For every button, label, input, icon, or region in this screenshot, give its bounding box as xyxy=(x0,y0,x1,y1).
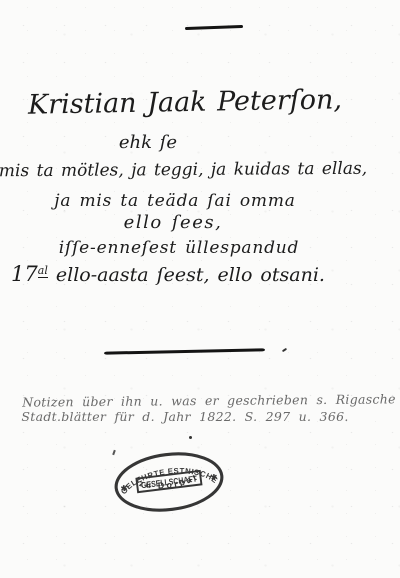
annotation-line: Notizen über ihn u. was er geschrieben s… xyxy=(9,391,400,409)
stamp-right-star: ✱ xyxy=(210,472,218,482)
final-line-text: ello-aasta ſeest, ello otsani. xyxy=(56,264,325,286)
annotation-line: Stadt.blätter für d. Jahr 1822. S. 297 u… xyxy=(0,409,385,424)
ink-speck xyxy=(189,436,192,439)
ink-speck xyxy=(112,450,116,455)
manuscript-line: ello ſees, xyxy=(0,212,373,233)
horizontal-rule xyxy=(104,348,265,354)
manuscript-line: iſſe-enneſest üllespandud xyxy=(0,238,379,258)
manuscript-line: mis ta mötles, ja teggi, ja kuidas ta el… xyxy=(0,159,383,182)
manuscript-title: Kristian Jaak Peterſon, xyxy=(0,84,385,122)
library-stamp-graphic: GELEHRTE ESTNISCHE GESELLSCHAFT zu Dorpa… xyxy=(108,444,231,520)
ordinal-superscript: al xyxy=(38,264,48,278)
manuscript-line: ja mis ta teäda ſai omma xyxy=(0,191,375,211)
ink-speck xyxy=(282,348,287,353)
manuscript-line-final: 17al ello-aasta ſeest, ello otsani. xyxy=(0,262,368,286)
top-dash-mark xyxy=(185,25,243,30)
manuscript-subtitle: ehk ſe xyxy=(0,132,348,153)
year-number: 17 xyxy=(11,262,38,286)
library-stamp: GELEHRTE ESTNISCHE GESELLSCHAFT zu Dorpa… xyxy=(108,444,231,520)
manuscript-page: Kristian Jaak Peterſon, ehk ſe mis ta mö… xyxy=(0,0,400,578)
